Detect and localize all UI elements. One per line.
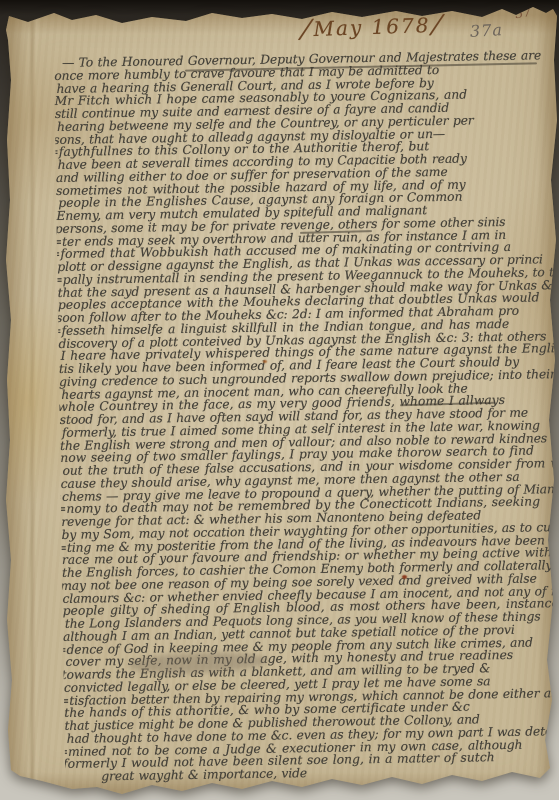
paper-shadow: /May 1678/ 37a 37 — To the Honoured Gove… [0,0,559,800]
manuscript-text: — To the Honoured Governour, Deputy Gove… [54,49,559,789]
date-text: May 1678 [313,13,431,41]
folio-number-secondary: 37 [514,5,533,23]
manuscript-scan: /May 1678/ 37a 37 — To the Honoured Gove… [0,0,559,800]
slash-mark: / [428,9,448,39]
paper-sheet: /May 1678/ 37a 37 — To the Honoured Gove… [0,0,559,800]
ink-spot [263,360,267,363]
ink-spot [402,575,407,579]
date-annotation: /May 1678/ [299,8,446,42]
folio-number: 37a [470,20,504,41]
